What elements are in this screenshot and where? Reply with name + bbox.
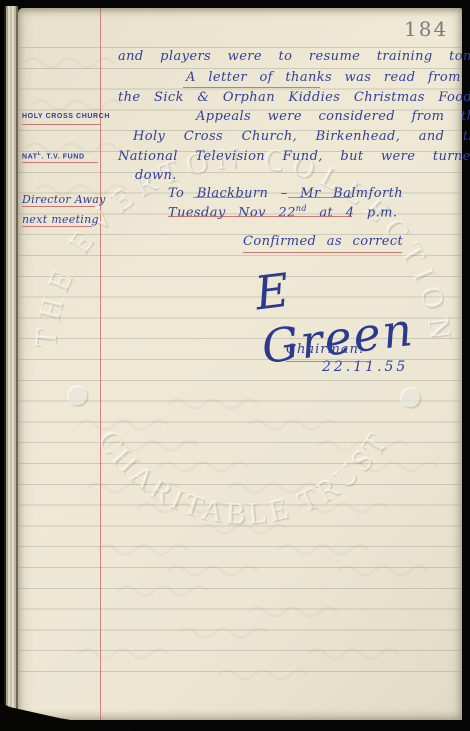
red-underline [286, 361, 370, 362]
red-underline [168, 216, 352, 217]
margin-note-holy-cross: HOLY CROSS CHURCH [22, 113, 110, 120]
minute-book-page: THE EVERTON COLLECTION CHARITABLE TRUST … [18, 8, 462, 720]
red-underline [22, 226, 92, 227]
scanned-minute-book: THE EVERTON COLLECTION CHARITABLE TRUST … [0, 0, 470, 731]
meeting-time-text: at 4 p.m. [307, 205, 398, 220]
chairman-title: Chairman. [286, 342, 364, 357]
minute-line: down. [135, 168, 177, 183]
margin-note-natl-tv-fund: NATL. T.V. FUND [22, 151, 85, 160]
red-underline [183, 87, 320, 88]
page-number: 184 [404, 17, 448, 41]
minute-line: To Blackburn – Mr Balmforth [168, 186, 403, 201]
red-underline [243, 252, 402, 253]
red-underline [22, 124, 100, 125]
red-underline [193, 197, 250, 198]
minute-line: and players were to resume training tomo… [118, 49, 470, 64]
red-underline [288, 197, 352, 198]
margin-note-next-meeting: next meeting [22, 213, 99, 226]
minute-line: Appeals were considered from the [196, 109, 470, 124]
minute-line: Tuesday Nov 22nd at 4 p.m. [168, 204, 397, 220]
red-underline [22, 162, 98, 163]
confirmed-as-correct: Confirmed as correct [243, 234, 403, 249]
red-underline [22, 206, 95, 207]
natl-prefix: NAT [22, 153, 38, 160]
ordinal-suffix: nd [296, 204, 307, 213]
minute-line: Holy Cross Church, Birkenhead, and the [133, 129, 470, 144]
margin-note-director-away: Director Away [22, 193, 106, 206]
minute-line: A letter of thanks was read from [186, 70, 461, 85]
meeting-date-text: Tuesday Nov 22 [168, 205, 296, 220]
natl-rest: . T.V. FUND [41, 153, 84, 160]
minute-line: the Sick & Orphan Kiddies Christmas Food… [118, 90, 470, 105]
book-binding-edge [0, 6, 18, 722]
minute-line: National Television Fund, but were turne… [118, 149, 470, 164]
